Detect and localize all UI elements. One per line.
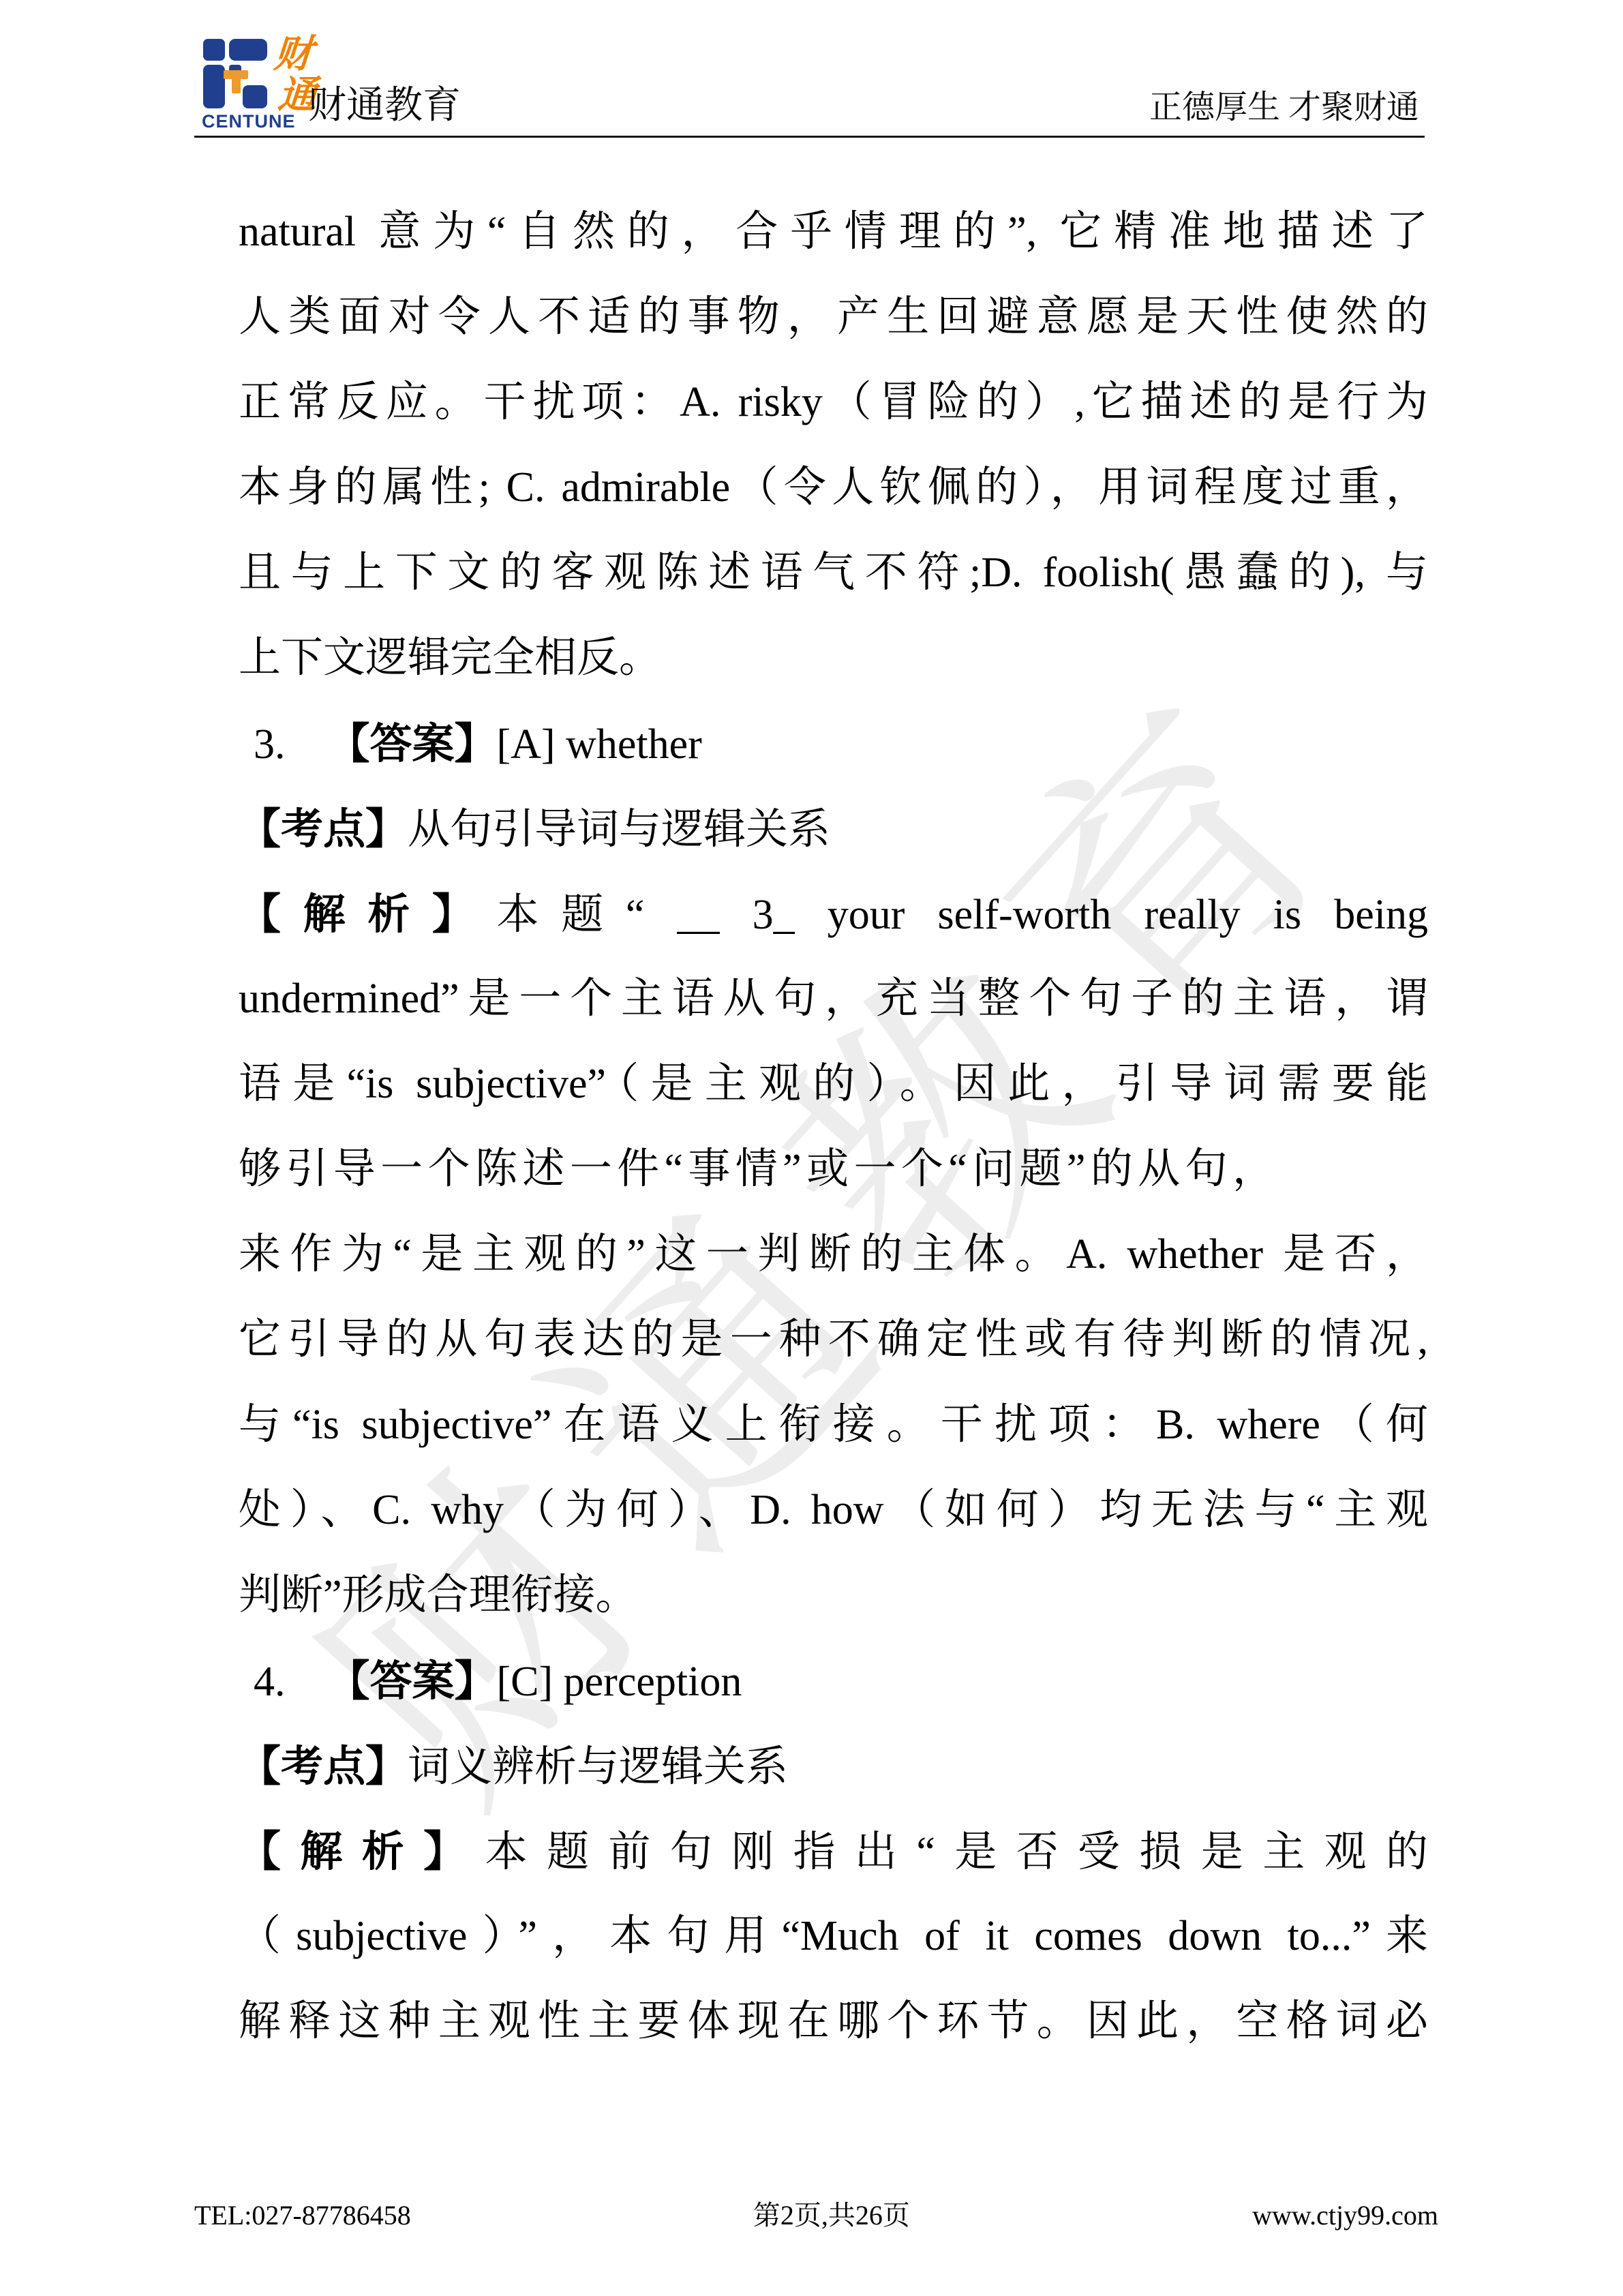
text-line: （subjective）”，本句用“Much of it comes down … [239,1894,1428,1979]
text-segment: 解释这种主观性主要体现在哪个环节。因此，空格词必 [239,1998,1428,2044]
document-page: 财 通 CENTUNE 财通教育 正德厚生 才聚财通 财通教育 natural … [0,0,1623,2296]
text-line: 与“is subjective”在语义上衔接。干扰项：B. where（何 [239,1383,1428,1468]
brand-name: 财通教育 [308,86,461,125]
footer-website: www.ctjy99.com [1252,2199,1438,2232]
footer-telephone: TEL:027-87786458 [194,2199,411,2232]
text-segment: 上下文逻辑完全相反。 [239,635,661,681]
text-segment: 词义辨析与逻辑关系 [408,1744,788,1790]
logo-en-wordmark: CENTUNE [202,111,296,132]
text-line: 【解析】本题“ __ 3_ your self-worth really is … [239,871,1428,956]
text-line: 【考点】从句引导词与逻辑关系 [239,786,1428,871]
text-line: 【考点】词义辨析与逻辑关系 [239,1723,1428,1809]
text-line: 它引导的从句表达的是一种不确定性或有待判断的情况, [239,1297,1428,1383]
text-segment: 与“is subjective”在语义上衔接。干扰项：B. where（何 [239,1402,1428,1448]
text-segment: natural 意为“自然的，合乎情理的”, 它精准地描述了 [239,209,1428,255]
text-segment: 处）、C. why（为何）、D. how（如何）均无法与“主观 [239,1487,1428,1533]
header-rule [194,136,1425,138]
text-segment: 3. [254,721,328,768]
text-line: 本身的属性; C. admirable（令人钦佩的），用词程度过重， [239,445,1428,530]
text-segment: （subjective）”，本句用“Much of it comes down … [239,1913,1428,1959]
centune-logo-icon [203,39,267,110]
footer-page-number: 第2页,共26页 [753,2199,910,2232]
text-segment: 4. [254,1659,328,1705]
text-segment: undermined”是一个主语从句，充当整个句子的主语，谓 [239,976,1428,1022]
bold-label: 【答案】 [328,719,497,768]
text-segment: 判断”形成合理衔接。 [239,1572,638,1618]
text-line: 判断”形成合理衔接。 [239,1553,1428,1638]
text-line: 来作为“是主观的”这一判断的主体。A. whether 是否， [239,1212,1428,1297]
text-line: 够引导一个陈述一件“事情”或一个“问题”的从句， [239,1127,1275,1212]
text-segment: 本题前句刚指出“是否受损是主观的 [485,1829,1428,1875]
text-line: 正常反应。干扰项：A. risky（冒险的）,它描述的是行为 [239,360,1428,445]
text-line: 且与上下文的客观陈述语气不符;D. foolish(愚蠢的), 与 [239,530,1428,616]
text-line: 3. 【答案】[A] whether [239,701,1428,786]
text-line: 【解析】本题前句刚指出“是否受损是主观的 [239,1809,1428,1894]
logo-cn-char1: 财 [273,34,314,75]
text-line: 处）、C. why（为何）、D. how（如何）均无法与“主观 [239,1468,1428,1553]
text-segment: 语是“is subjective”（是主观的）。因此，引导词需要能 [239,1061,1428,1107]
text-line: natural 意为“自然的，合乎情理的”, 它精准地描述了 [239,190,1428,275]
header-slogan: 正德厚生 才聚财通 [1149,89,1419,127]
text-line: 人类面对令人不适的事物，产生回避意愿是天性使然的 [239,275,1428,360]
text-segment: 够引导一个陈述一件“事情”或一个“问题”的从句， [239,1146,1275,1192]
bold-label: 【考点】 [239,1741,408,1791]
text-segment: 它引导的从句表达的是一种不确定性或有待判断的情况, [239,1316,1428,1363]
text-segment: [C] perception [497,1659,742,1705]
text-segment: 正常反应。干扰项：A. risky（冒险的）,它描述的是行为 [239,379,1428,425]
text-segment: [A] whether [497,721,702,768]
bold-label: 【答案】 [328,1656,497,1706]
text-line: 上下文逻辑完全相反。 [239,616,1428,701]
text-segment: 本题“ __ 3_ your self-worth really is bein… [497,892,1428,938]
document-body: natural 意为“自然的，合乎情理的”, 它精准地描述了人类面对令人不适的事… [239,190,1428,2064]
text-line: 4. 【答案】[C] perception [239,1638,1428,1723]
page-footer: TEL:027-87786458 第2页,共26页 www.ctjy99.com [194,2199,1438,2232]
text-segment: 从句引导词与逻辑关系 [408,806,830,853]
text-segment: 且与上下文的客观陈述语气不符;D. foolish(愚蠢的), 与 [239,549,1428,596]
bold-label: 【解析】 [239,889,497,939]
bold-label: 【考点】 [239,804,408,854]
text-segment: 人类面对令人不适的事物，产生回避意愿是天性使然的 [239,294,1428,340]
text-line: undermined”是一个主语从句，充当整个句子的主语，谓 [239,956,1428,1042]
text-segment: 本身的属性; C. admirable（令人钦佩的），用词程度过重， [239,464,1428,511]
bold-label: 【解析】 [239,1826,485,1876]
text-line: 语是“is subjective”（是主观的）。因此，引导词需要能 [239,1042,1428,1127]
text-segment: 来作为“是主观的”这一判断的主体。A. whether 是否， [239,1231,1428,1278]
text-line: 解释这种主观性主要体现在哪个环节。因此，空格词必 [239,1979,1428,2064]
